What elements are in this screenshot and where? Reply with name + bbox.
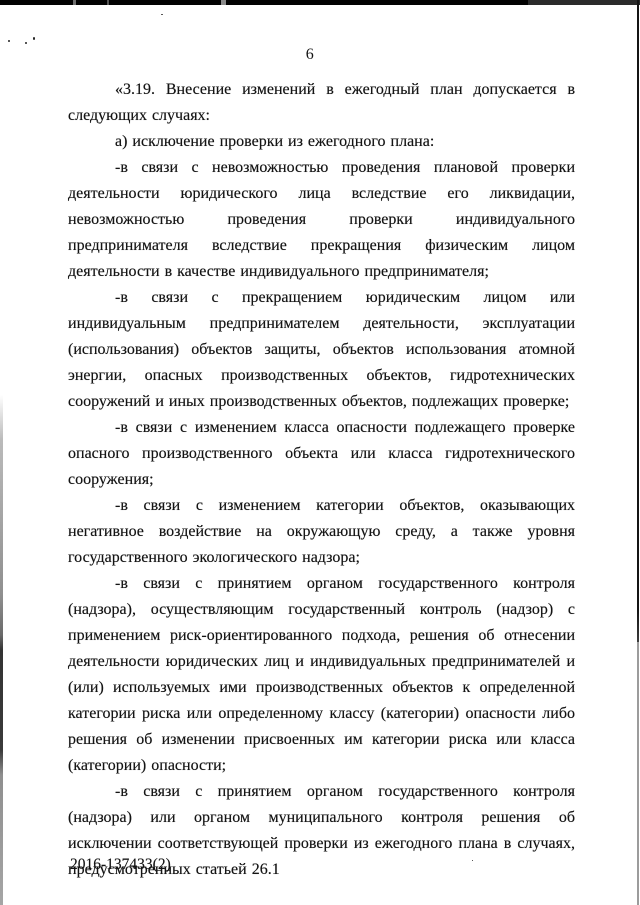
paragraph: -в связи с изменением класса опасности п… — [68, 415, 575, 493]
scan-speck — [25, 42, 27, 44]
scan-speck — [8, 40, 10, 42]
document-body: «3.19. Внесение изменений в ежегодный пл… — [68, 77, 575, 883]
scanned-document-page: 6 «3.19. Внесение изменений в ежегодный … — [0, 0, 640, 905]
paragraph: «3.19. Внесение изменений в ежегодный пл… — [68, 77, 575, 129]
paragraph: -в связи с изменением категории объектов… — [68, 493, 575, 571]
paragraph: -в связи с прекращением юридическим лицо… — [68, 285, 575, 415]
scan-top-edge — [0, 0, 640, 5]
scan-right-edge-line — [637, 0, 639, 642]
paragraph: -в связи с принятием органом государстве… — [68, 571, 575, 779]
scan-speck — [161, 14, 163, 15]
scan-speck — [33, 37, 35, 40]
paragraph: -в связи с невозможностью проведения пла… — [68, 155, 575, 285]
scan-right-edge-line-faded — [637, 642, 639, 905]
paragraph: а) исключение проверки из ежегодного пла… — [68, 129, 575, 155]
scan-left-edge-shadow — [0, 395, 3, 905]
document-footer-code: 2016-137433(2) — [70, 856, 171, 874]
page-number: 6 — [0, 46, 620, 64]
